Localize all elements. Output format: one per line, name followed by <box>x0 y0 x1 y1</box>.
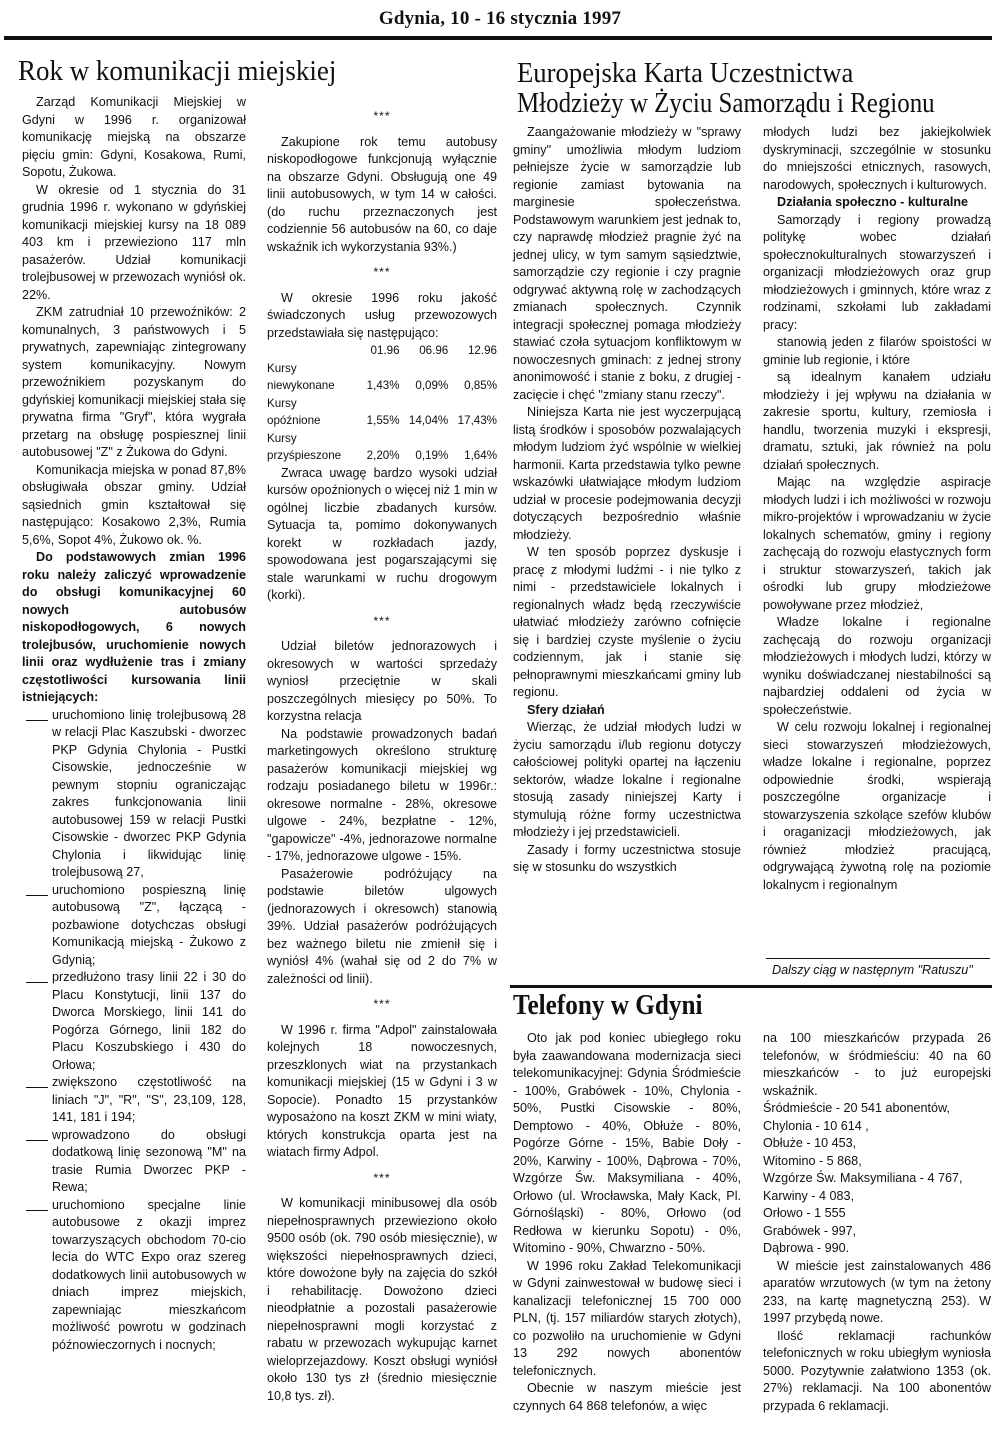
list-item: uruchomiono specjalne linie autobusowe z… <box>22 1197 246 1355</box>
quality-table: 01.96 06.96 12.96 Kursy niewykonane 1,43… <box>267 342 497 465</box>
paragraph: stanowią jeden z filarów spoistości w gm… <box>763 334 991 369</box>
table-row: Kursy <box>267 430 497 448</box>
list-item: Wzgórze Św. Maksymiliana - 4 767, <box>763 1170 991 1188</box>
section-separator: *** <box>267 108 497 126</box>
article-transport-col2: *** Zakupione rok temu autobusy niskopod… <box>267 100 497 1405</box>
paragraph: na 100 mieszkańców przypada 26 telefonów… <box>763 1030 991 1100</box>
section-separator: *** <box>267 264 497 282</box>
paragraph: ZKM zatrudniał 10 przewoźników: 2 komuna… <box>22 304 246 462</box>
list-item: uruchomiono pospieszną linię autobusową … <box>22 882 246 970</box>
list-item: Grabówek - 997, <box>763 1223 991 1241</box>
paragraph: są idealnym kanałem udziału młodzieży i … <box>763 369 991 474</box>
list-item: zwiększono częstotliwość na liniach "J",… <box>22 1074 246 1127</box>
paragraph: Zwraca uwagę bardzo wysoki udział kursów… <box>267 465 497 605</box>
list-item: Witomino - 5 868, <box>763 1153 991 1171</box>
article-charter-col1: Zaangażowanie młodzieży w "sprawy gminy"… <box>513 124 741 877</box>
list-item: Chylonia - 10 614 , <box>763 1118 991 1136</box>
table-row: niewykonane 1,43% 0,09% 0,85% <box>267 377 497 395</box>
masthead-rule <box>4 36 992 40</box>
paragraph: Wierząc, że udział młodych ludzi w życiu… <box>513 719 741 842</box>
continuation-rule <box>766 958 990 959</box>
subheading: Działania społeczno - kulturalne <box>763 194 991 212</box>
table-header-row: 01.96 06.96 12.96 <box>267 342 497 360</box>
section-separator: *** <box>267 1170 497 1188</box>
paragraph: Obecnie w naszym mieście jest czynnych 6… <box>513 1380 741 1415</box>
paragraph: W 1996 r. firma "Adpol" zainstalowała ko… <box>267 1022 497 1162</box>
list-item: Śródmieście - 20 541 abonentów, <box>763 1100 991 1118</box>
list-item: uruchomiono linię trolejbusową 28 w rela… <box>22 707 246 882</box>
table-row: Kursy <box>267 395 497 413</box>
paragraph: Pasażerowie podróżujący na podstawie bil… <box>267 866 497 989</box>
subheading: Sfery działań <box>513 702 741 720</box>
article-title-charter-line2: Młodzieży w Życiu Samorządu i Regionu <box>517 88 935 118</box>
paragraph: W 1996 roku Zakład Telekomunikacji w Gdy… <box>513 1258 741 1381</box>
article-title-transport: Rok w komunikacji miejskiej <box>18 56 336 86</box>
paragraph: W komunikacji minibusowej dla osób niepe… <box>267 1195 497 1405</box>
paragraph: Oto jak pod koniec ubiegłego roku była z… <box>513 1030 741 1258</box>
list-item: wprowadzono do obsługi dodatkową linię s… <box>22 1127 246 1197</box>
paragraph: Samorządy i regiony prowadzą politykę wo… <box>763 212 991 335</box>
section-rule <box>510 985 992 988</box>
paragraph: Komunikacja miejska w ponad 87,8% obsług… <box>22 462 246 550</box>
changes-list: uruchomiono linię trolejbusową 28 w rela… <box>22 707 246 1355</box>
list-item: Orłowo - 1 555 <box>763 1205 991 1223</box>
paragraph: Udział biletów jednorazowych i okresowyc… <box>267 638 497 726</box>
paragraph: Zarząd Komunikacji Miejskiej w Gdyni w 1… <box>22 94 246 182</box>
article-phones-col1: Oto jak pod koniec ubiegłego roku była z… <box>513 1030 741 1415</box>
paragraph: W ten sposób poprzez dyskusje i pracę z … <box>513 544 741 702</box>
district-list: Śródmieście - 20 541 abonentów, Chylonia… <box>763 1100 991 1258</box>
article-phones-col2: na 100 mieszkańców przypada 26 telefonów… <box>763 1030 991 1415</box>
article-transport-col1: Zarząd Komunikacji Miejskiej w Gdyni w 1… <box>22 94 246 1354</box>
paragraph: Na podstawie prowadzonych badań marketin… <box>267 726 497 866</box>
column-header: 01.96 <box>359 342 400 360</box>
paragraph: W okresie od 1 stycznia do 31 grudnia 19… <box>22 182 246 305</box>
paragraph: Ilość reklamacji rachunków telefonicznyc… <box>763 1328 991 1416</box>
list-item: Karwiny - 4 083, <box>763 1188 991 1206</box>
paragraph: Niniejsza Karta nie jest wyczerpującą li… <box>513 404 741 544</box>
article-title-phones: Telefony w Gdyni <box>513 991 703 1021</box>
paragraph: Zasady i formy uczestnictwa stosuje się … <box>513 842 741 877</box>
bold-paragraph: Do podstawowych zmian 1996 roku należy z… <box>22 549 246 707</box>
paragraph: Mając na względzie aspiracje młodych lud… <box>763 474 991 614</box>
article-title-charter-line1: Europejska Karta Uczestnictwa <box>517 58 853 88</box>
masthead-date: Gdynia, 10 - 16 stycznia 1997 <box>0 8 1000 30</box>
column-header: 06.96 <box>400 342 449 360</box>
paragraph: Zaangażowanie młodzieży w "sprawy gminy"… <box>513 124 741 404</box>
paragraph: Władze lokalne i regionalne zachęcają do… <box>763 614 991 719</box>
section-separator: *** <box>267 996 497 1014</box>
list-item: Dąbrowa - 990. <box>763 1240 991 1258</box>
column-header: 12.96 <box>448 342 497 360</box>
paragraph: W mieście jest zainstalowanych 486 apara… <box>763 1258 991 1328</box>
table-row: opóźnione 1,55% 14,04% 17,43% <box>267 412 497 430</box>
table-row: Kursy <box>267 360 497 378</box>
list-item: Obłuże - 10 453, <box>763 1135 991 1153</box>
continued-note: Dalszy ciąg w następnym "Ratuszu" <box>772 963 973 977</box>
list-item: przedłużono trasy linii 22 i 30 do Placu… <box>22 969 246 1074</box>
paragraph: młodych ludzi bez jakiejkolwiek dyskrymi… <box>763 124 991 194</box>
paragraph: W okresie 1996 roku jakość świadczonych … <box>267 290 497 343</box>
article-charter-col2: młodych ludzi bez jakiejkolwiek dyskrymi… <box>763 124 991 894</box>
table-row: przyśpieszone 2,20% 0,19% 1,64% <box>267 447 497 465</box>
paragraph: Zakupione rok temu autobusy niskopodłogo… <box>267 134 497 257</box>
paragraph: W celu rozwoju lokalnej i regionalnej si… <box>763 719 991 894</box>
section-separator: *** <box>267 613 497 631</box>
